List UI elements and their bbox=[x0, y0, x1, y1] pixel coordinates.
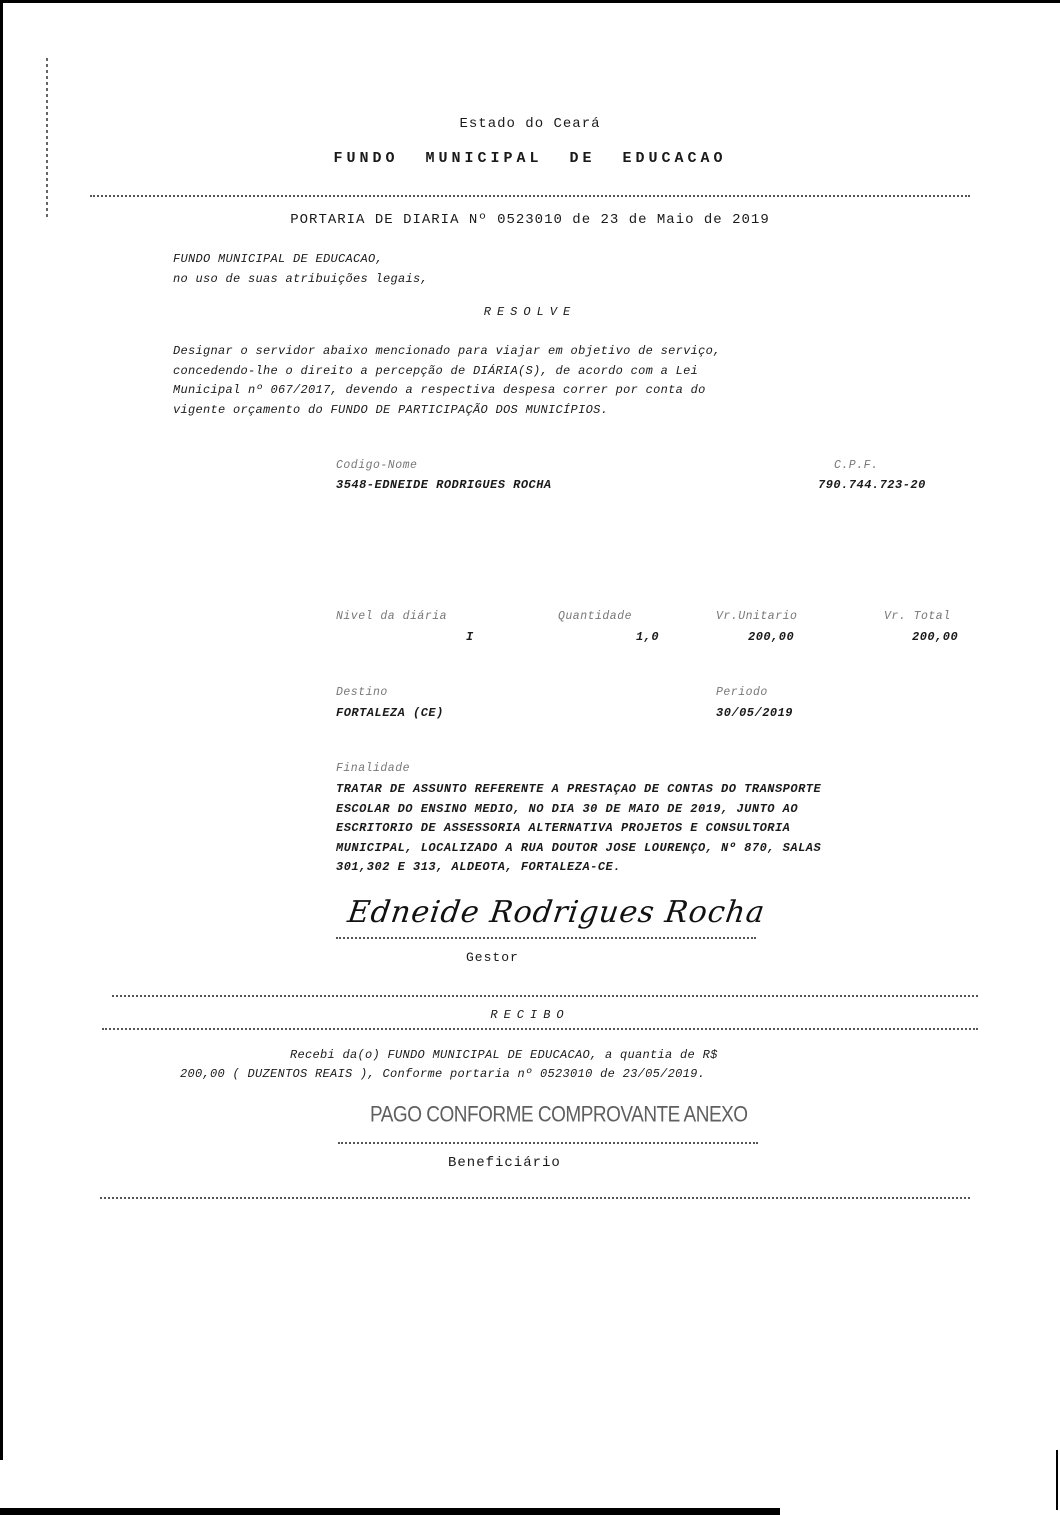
paragraph-line: Designar o servidor abaixo mencionado pa… bbox=[173, 342, 721, 362]
state-name: Estado do Ceará bbox=[0, 116, 1060, 132]
paragraph-line: vigente orçamento do FUNDO DE PARTICIPAÇ… bbox=[173, 401, 721, 421]
beneficiario-signature-line bbox=[338, 1142, 758, 1144]
vr-total-label: Vr. Total bbox=[884, 610, 951, 623]
beneficiario-label: Beneficiário bbox=[448, 1155, 561, 1171]
portaria-title: PORTARIA DE DIARIA Nº 0523010 de 23 de M… bbox=[0, 212, 1060, 228]
nivel-value: I bbox=[466, 630, 474, 644]
paragraph-line: concedendo-lhe o direito a percepção de … bbox=[173, 362, 721, 382]
recibo-heading: RECIBO bbox=[0, 1008, 1060, 1022]
paragraph-line: Municipal nº 067/2017, devendo a respect… bbox=[173, 381, 721, 401]
vr-total-value: 200,00 bbox=[912, 630, 958, 644]
footer-divider bbox=[100, 1197, 970, 1199]
payment-stamp: PAGO CONFORME COMPROVANTE ANEXO bbox=[370, 1103, 748, 1128]
vr-unitario-value: 200,00 bbox=[748, 630, 794, 644]
intro-legal: no uso de suas atribuições legais, bbox=[173, 270, 428, 290]
gestor-label: Gestor bbox=[466, 950, 519, 965]
destino-value: FORTALEZA (CE) bbox=[336, 706, 444, 720]
scan-edge-top bbox=[0, 0, 1060, 3]
quantidade-label: Quantidade bbox=[558, 610, 632, 623]
intro-org: FUNDO MUNICIPAL DE EDUCACAO, bbox=[173, 250, 428, 270]
gestor-signature: Edneide Rodrigues Rocha bbox=[346, 895, 768, 930]
periodo-value: 30/05/2019 bbox=[716, 706, 793, 720]
cpf-value: 790.744.723-20 bbox=[818, 478, 926, 492]
header-divider bbox=[90, 195, 970, 197]
recibo-line-1: Recebi da(o) FUNDO MUNICIPAL DE EDUCACAO… bbox=[290, 1046, 718, 1066]
intro-block: FUNDO MUNICIPAL DE EDUCACAO, no uso de s… bbox=[173, 250, 428, 289]
periodo-label: Periodo bbox=[716, 686, 768, 699]
recibo-line-2: 200,00 ( DUZENTOS REAIS ), Conforme port… bbox=[180, 1065, 705, 1085]
finalidade-text: TRATAR DE ASSUNTO REFERENTE A PRESTAÇAO … bbox=[336, 780, 821, 878]
codigo-nome-label: Codigo-Nome bbox=[336, 459, 417, 472]
signature-line bbox=[336, 937, 756, 939]
nivel-label: Nivel da diária bbox=[336, 610, 447, 623]
scan-edge-bottom bbox=[0, 1508, 780, 1515]
scan-edge-right bbox=[1056, 1450, 1058, 1510]
codigo-nome-value: 3548-EDNEIDE RODRIGUES ROCHA bbox=[336, 478, 552, 492]
resolve-heading: RESOLVE bbox=[0, 305, 1060, 319]
recibo-divider-bottom bbox=[102, 1028, 978, 1030]
cpf-label: C.P.F. bbox=[834, 459, 878, 472]
finalidade-label: Finalidade bbox=[336, 762, 410, 775]
vr-unitario-label: Vr.Unitario bbox=[716, 610, 797, 623]
destino-label: Destino bbox=[336, 686, 388, 699]
resolution-paragraph: Designar o servidor abaixo mencionado pa… bbox=[173, 342, 721, 420]
quantidade-value: 1,0 bbox=[636, 630, 659, 644]
recibo-divider-top bbox=[112, 995, 978, 997]
fund-title: FUNDO MUNICIPAL DE EDUCACAO bbox=[0, 150, 1060, 167]
margin-marks bbox=[46, 58, 48, 218]
